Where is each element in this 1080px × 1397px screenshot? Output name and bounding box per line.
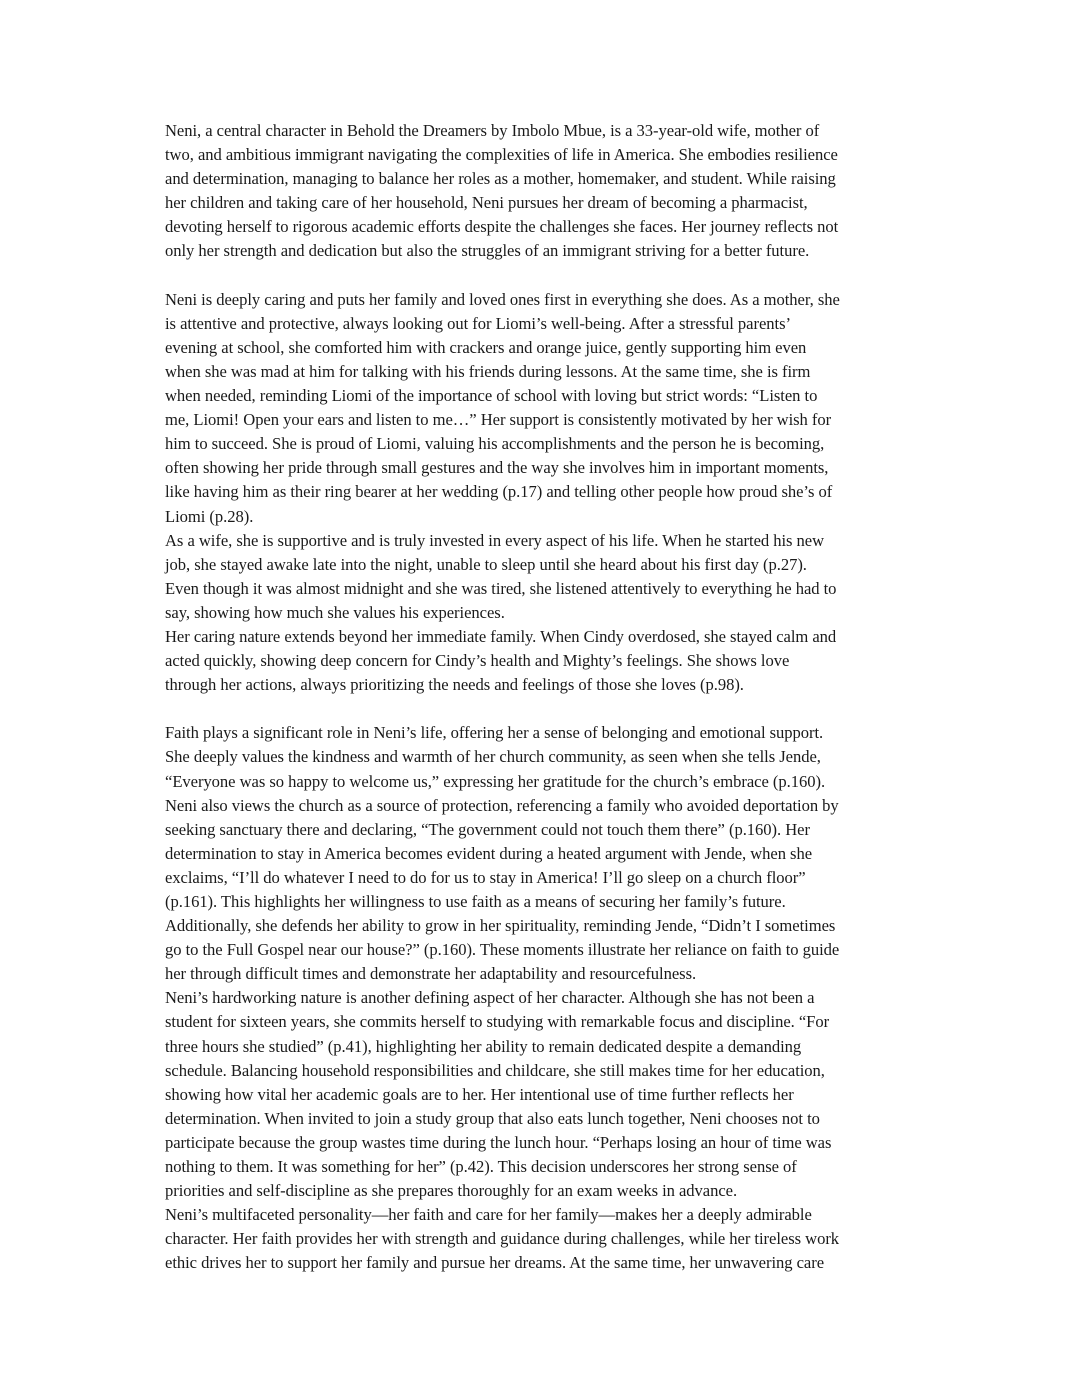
text-line: evening at school, she comforted him wit… bbox=[165, 336, 925, 360]
text-line: seeking sanctuary there and declaring, “… bbox=[165, 818, 925, 842]
text-line: exclaims, “I’ll do whatever I need to do… bbox=[165, 866, 925, 890]
text-line: when needed, reminding Liomi of the impo… bbox=[165, 384, 925, 408]
text-line: student for sixteen years, she commits h… bbox=[165, 1010, 925, 1034]
text-line: character. Her faith provides her with s… bbox=[165, 1227, 925, 1251]
text-line: “Everyone was so happy to welcome us,” e… bbox=[165, 770, 925, 794]
text-line: (p.161). This highlights her willingness… bbox=[165, 890, 925, 914]
text-line: him to succeed. She is proud of Liomi, v… bbox=[165, 432, 925, 456]
paragraph-faith: Faith plays a significant role in Neni’s… bbox=[165, 721, 925, 986]
text-line: and determination, managing to balance h… bbox=[165, 167, 925, 191]
paragraph-hardworking: Neni’s hardworking nature is another def… bbox=[165, 986, 925, 1203]
text-line: Even though it was almost midnight and s… bbox=[165, 577, 925, 601]
text-line: nothing to them. It was something for he… bbox=[165, 1155, 925, 1179]
text-line: schedule. Balancing household responsibi… bbox=[165, 1059, 925, 1083]
text-line: job, she stayed awake late into the nigh… bbox=[165, 553, 925, 577]
text-line: go to the Full Gospel near our house?” (… bbox=[165, 938, 925, 962]
text-line: is attentive and protective, always look… bbox=[165, 312, 925, 336]
text-line: Faith plays a significant role in Neni’s… bbox=[165, 721, 925, 745]
text-line: Additionally, she defends her ability to… bbox=[165, 914, 925, 938]
text-line: me, Liomi! Open your ears and listen to … bbox=[165, 408, 925, 432]
text-line: through her actions, always prioritizing… bbox=[165, 673, 925, 697]
paragraph-caring-wife: As a wife, she is supportive and is trul… bbox=[165, 529, 925, 625]
paragraph-spacer bbox=[165, 264, 925, 288]
text-line: Neni’s multifaceted personality—her fait… bbox=[165, 1203, 925, 1227]
text-line: when she was mad at him for talking with… bbox=[165, 360, 925, 384]
text-line: two, and ambitious immigrant navigating … bbox=[165, 143, 925, 167]
text-line: three hours she studied” (p.41), highlig… bbox=[165, 1035, 925, 1059]
text-line: often showing her pride through small ge… bbox=[165, 456, 925, 480]
paragraph-caring-mother: Neni is deeply caring and puts her famil… bbox=[165, 288, 925, 529]
text-line: like having him as their ring bearer at … bbox=[165, 480, 925, 504]
document-page: Neni, a central character in Behold the … bbox=[0, 0, 1080, 1397]
text-line: determination to stay in America becomes… bbox=[165, 842, 925, 866]
text-line: ethic drives her to support her family a… bbox=[165, 1251, 925, 1275]
text-line: As a wife, she is supportive and is trul… bbox=[165, 529, 925, 553]
text-line: Neni’s hardworking nature is another def… bbox=[165, 986, 925, 1010]
text-line: Neni, a central character in Behold the … bbox=[165, 119, 925, 143]
text-line: say, showing how much she values his exp… bbox=[165, 601, 925, 625]
text-line: showing how vital her academic goals are… bbox=[165, 1083, 925, 1107]
text-line: her children and taking care of her hous… bbox=[165, 191, 925, 215]
text-line: participate because the group wastes tim… bbox=[165, 1131, 925, 1155]
paragraph-intro: Neni, a central character in Behold the … bbox=[165, 119, 925, 264]
text-line: Liomi (p.28). bbox=[165, 505, 925, 529]
text-line: Neni is deeply caring and puts her famil… bbox=[165, 288, 925, 312]
text-line: Neni also views the church as a source o… bbox=[165, 794, 925, 818]
text-line: acted quickly, showing deep concern for … bbox=[165, 649, 925, 673]
text-line: determination. When invited to join a st… bbox=[165, 1107, 925, 1131]
text-line: Her caring nature extends beyond her imm… bbox=[165, 625, 925, 649]
text-line: only her strength and dedication but als… bbox=[165, 239, 925, 263]
text-line: She deeply values the kindness and warmt… bbox=[165, 745, 925, 769]
paragraph-conclusion: Neni’s multifaceted personality—her fait… bbox=[165, 1203, 925, 1275]
text-line: priorities and self-discipline as she pr… bbox=[165, 1179, 925, 1203]
text-line: devoting herself to rigorous academic ef… bbox=[165, 215, 925, 239]
paragraph-caring-beyond: Her caring nature extends beyond her imm… bbox=[165, 625, 925, 697]
document-body: Neni, a central character in Behold the … bbox=[165, 119, 925, 1276]
paragraph-spacer bbox=[165, 697, 925, 721]
text-line: her through difficult times and demonstr… bbox=[165, 962, 925, 986]
